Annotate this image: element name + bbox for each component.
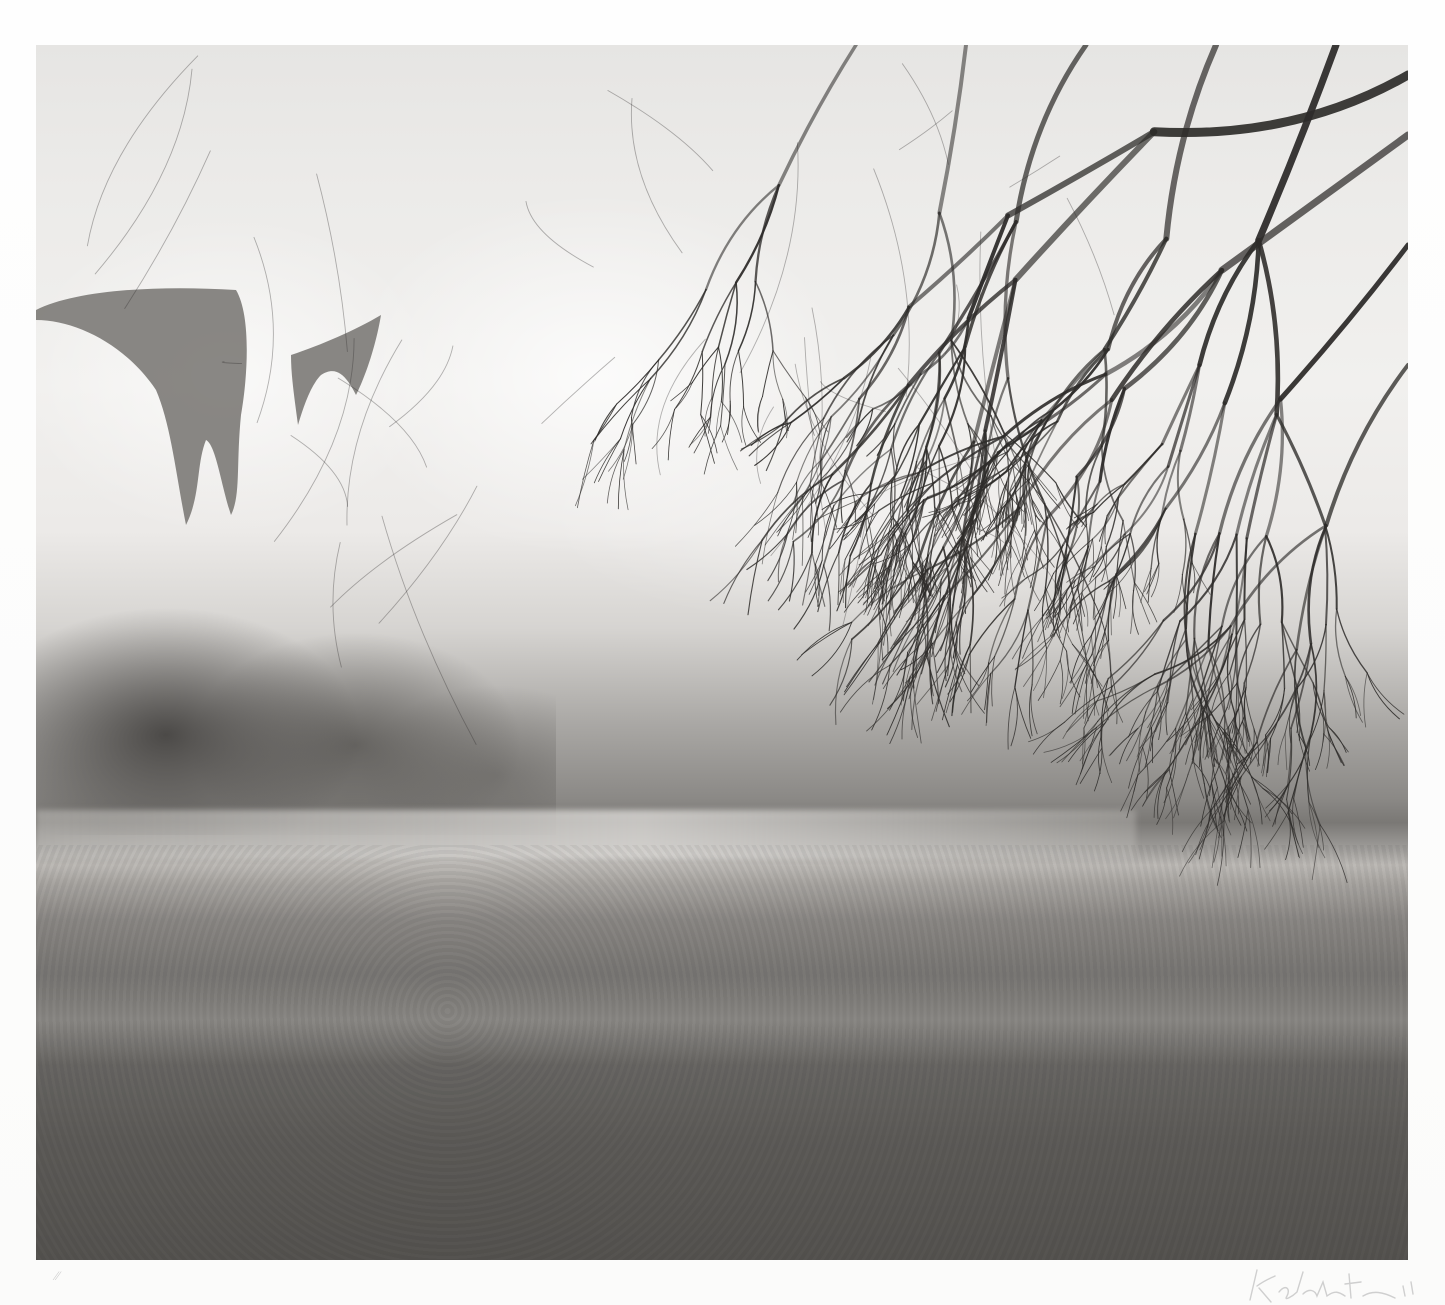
photographic-print	[36, 45, 1408, 1260]
bare-branches	[36, 45, 1408, 1260]
edition-number: ⁄⁄	[55, 1268, 59, 1284]
ink-stain	[36, 288, 247, 525]
artist-signature	[1245, 1262, 1420, 1305]
